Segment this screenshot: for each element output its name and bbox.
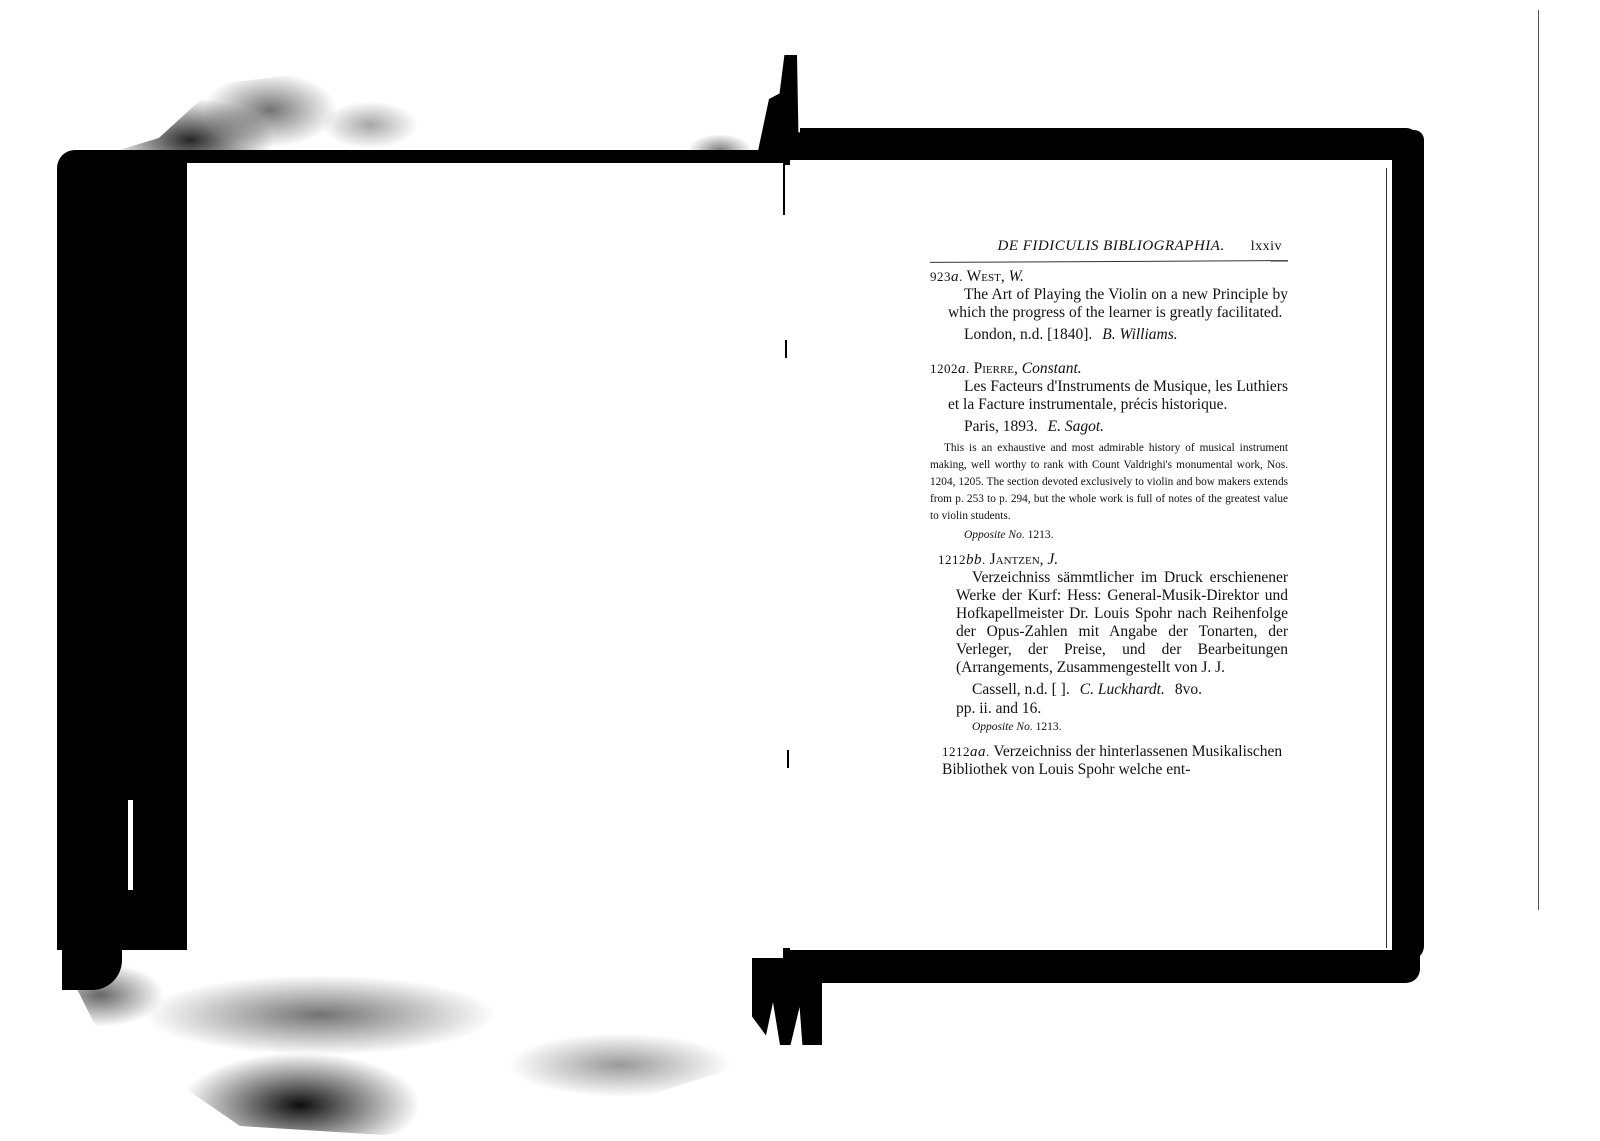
- gutter-mark: [785, 340, 787, 358]
- scanned-book-spread: DE FIDICULIS BIBLIOGRAPHIA. lxxiv 923a. …: [0, 0, 1600, 1141]
- head-rule: [930, 260, 1288, 263]
- opposite-reference: Opposite No. 1213.: [930, 529, 1288, 541]
- book-cover-bottom-right-edge: [780, 948, 1420, 983]
- entry-title: Les Facteurs d'Instruments de Musique, l…: [930, 378, 1288, 414]
- gutter-mark: [787, 750, 789, 768]
- bibliography-entry: 1212aa. Verzeichniss der hinterlassenen …: [930, 743, 1288, 779]
- left-page-blank: [187, 163, 783, 958]
- book-cover-top-left-edge: [130, 150, 820, 164]
- entry-imprint: London, n.d. [1840].B. Williams.: [930, 324, 1288, 346]
- bibliography-entry: 923a. West, W. The Art of Playing the Vi…: [930, 268, 1288, 346]
- entry-number: 1212bb.: [938, 552, 986, 567]
- text-column: DE FIDICULIS BIBLIOGRAPHIA. lxxiv 923a. …: [930, 238, 1288, 779]
- page-edge-line: [1386, 168, 1387, 948]
- running-head: DE FIDICULIS BIBLIOGRAPHIA. lxxiv: [930, 238, 1288, 255]
- entry-heading: 1212bb. Jantzen, J.: [938, 551, 1288, 569]
- entry-title: Verzeichniss der hinterlassenen Musikali…: [942, 743, 1282, 778]
- author-surname: West: [967, 268, 1001, 285]
- author-given: Constant.: [1022, 360, 1082, 377]
- bibliography-entry: 1212bb. Jantzen, J. Verzeichniss sämmtli…: [930, 551, 1288, 733]
- book-cover-top-right-edge: [800, 128, 1420, 160]
- author-surname: Jantzen: [990, 551, 1040, 568]
- running-head-title: DE FIDICULIS BIBLIOGRAPHIA.: [998, 238, 1225, 255]
- author-given: W.: [1009, 268, 1024, 285]
- cover-highlight: [128, 800, 133, 890]
- book-cover-right-edge: [1392, 130, 1424, 960]
- entry-number: 923a.: [930, 269, 963, 284]
- entry-title: The Art of Playing the Violin on a new P…: [930, 286, 1288, 322]
- page-number: lxxiv: [1251, 239, 1282, 255]
- entry-heading: 1212aa. Verzeichniss der hinterlassenen …: [942, 743, 1288, 779]
- entry-number: 1202a.: [930, 361, 970, 376]
- page-grime-top: [70, 30, 810, 165]
- opposite-reference: Opposite No. 1213.: [938, 721, 1288, 733]
- bibliography-entry: 1202a. Pierre, Constant. Les Facteurs d'…: [930, 360, 1288, 541]
- author-given: J.: [1047, 551, 1058, 568]
- entry-number: 1212aa.: [942, 744, 990, 759]
- entry-pagination: pp. ii. and 16.: [938, 701, 1288, 717]
- entry-title: Verzeichniss sämmtlicher im Druck erschi…: [938, 569, 1288, 677]
- author-surname: Pierre: [974, 360, 1014, 377]
- book-cover-left-edge: [57, 150, 187, 950]
- scan-edge-line: [1538, 10, 1539, 910]
- book-spine-bottom: [752, 950, 822, 1045]
- entry-heading: 923a. West, W.: [930, 268, 1288, 286]
- entry-note: This is an exhaustive and most admirable…: [930, 440, 1288, 525]
- gutter-mark: [783, 160, 785, 215]
- entry-imprint: Cassell, n.d. [ ].C. Luckhardt.8vo.: [938, 679, 1288, 701]
- entry-imprint: Paris, 1893.E. Sagot.: [930, 416, 1288, 438]
- entry-heading: 1202a. Pierre, Constant.: [930, 360, 1288, 378]
- page-grime-bottom: [60, 955, 780, 1135]
